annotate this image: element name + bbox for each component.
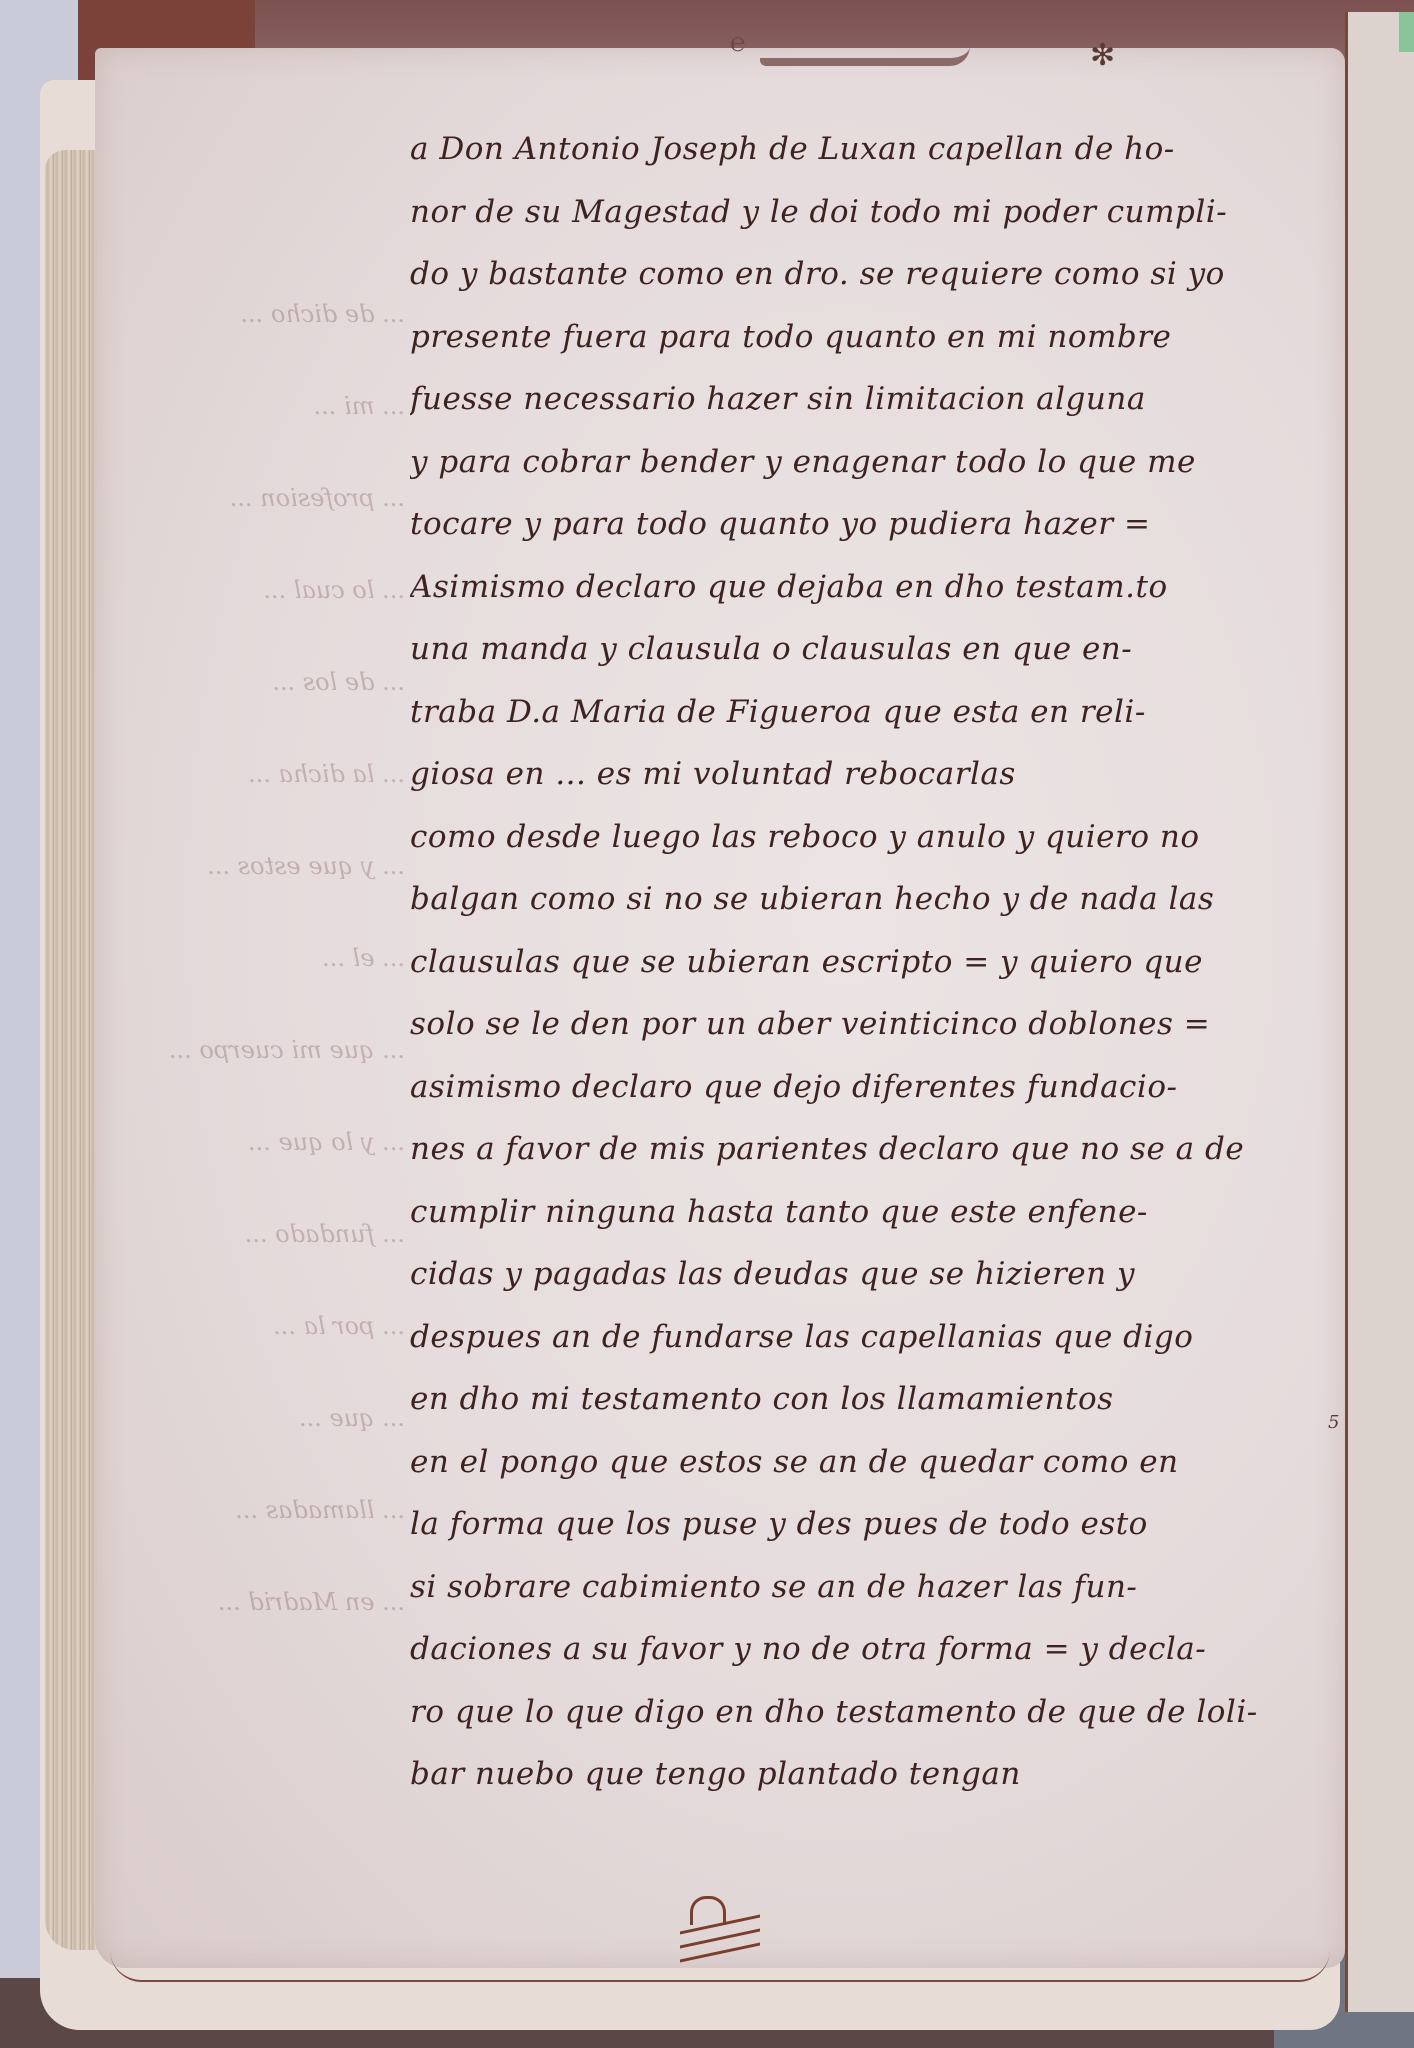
text-line: solo se le den por un aber veinticinco d… [410, 993, 1330, 1056]
bleed-line: ... la dicha ... [115, 760, 405, 852]
text-line: clausulas que se ubieran escripto = y qu… [410, 931, 1330, 994]
margin-page-number: 5 [1328, 1412, 1339, 1433]
text-line: si sobrare cabimiento se an de hazer las… [410, 1556, 1330, 1619]
bleed-line: ... que ... [115, 1404, 405, 1496]
ink-blot: ✻ [1090, 38, 1170, 78]
text-line: como desde luego las reboco y anulo y qu… [410, 806, 1330, 869]
bleed-line: ... que mi cuerpo ... [115, 1036, 405, 1128]
bleed-line: ... de los ... [115, 668, 405, 760]
text-line: despues an de fundarse las capellanias q… [410, 1306, 1330, 1369]
text-line: do y bastante como en dro. se requiere c… [410, 243, 1330, 306]
bleed-line: ... y que estos ... [115, 852, 405, 944]
text-line: giosa en ... es mi voluntad rebocarlas [410, 743, 1330, 806]
text-line: una manda y clausula o clausulas en que … [410, 618, 1330, 681]
bleed-line: ... mi ... [115, 392, 405, 484]
photo-scene: ... de dicho ... ... mi ... ... profesio… [0, 0, 1414, 2048]
text-line: Asimismo declaro que dejaba en dho testa… [410, 556, 1330, 619]
bleed-line: ... en Madrid ... [115, 1588, 405, 1680]
bleed-line: ... fundado ... [115, 1220, 405, 1312]
text-line: fuesse necessario hazer sin limitacion a… [410, 368, 1330, 431]
text-line: en el pongo que estos se an de quedar co… [410, 1431, 1330, 1494]
text-line: cidas y pagadas las deudas que se hizier… [410, 1243, 1330, 1306]
text-line: y para cobrar bender y enagenar todo lo … [410, 431, 1330, 494]
text-line: ro que lo que digo en dho testamento de … [410, 1681, 1330, 1744]
rubric-paraph [680, 1918, 760, 1958]
text-line: presente fuera para todo quanto en mi no… [410, 306, 1330, 369]
folio-mark: ℮ [730, 28, 746, 58]
text-line: la forma que los puse y des pues de todo… [410, 1493, 1330, 1556]
bleed-line: ... de dicho ... [115, 300, 405, 392]
bleed-through-margin: ... de dicho ... ... mi ... ... profesio… [115, 300, 405, 1900]
rubric-loop [690, 1896, 726, 1925]
green-tab [1399, 12, 1414, 52]
text-line: en dho mi testamento con los llamamiento… [410, 1368, 1330, 1431]
bleed-line: ... el ... [115, 944, 405, 1036]
text-line: tocare y para todo quanto yo pudiera haz… [410, 493, 1330, 556]
heading-flourish [760, 44, 970, 66]
text-line: cumplir ninguna hasta tanto que este enf… [410, 1181, 1330, 1244]
text-line: bar nuebo que tengo plantado tengan [410, 1743, 1330, 1806]
facing-page-edge [1345, 12, 1414, 2012]
text-line: nes a favor de mis parientes declaro que… [410, 1118, 1330, 1181]
text-line: nor de su Magestad y le doi todo mi pode… [410, 181, 1330, 244]
bleed-line: ... por la ... [115, 1312, 405, 1404]
bleed-line: ... llamadas ... [115, 1496, 405, 1588]
manuscript-text: a Don Antonio Joseph de Luxan capellan d… [410, 118, 1330, 1806]
text-line: daciones a su favor y no de otra forma =… [410, 1618, 1330, 1681]
bleed-line: ... y lo que ... [115, 1128, 405, 1220]
text-line: traba D.a Maria de Figueroa que esta en … [410, 681, 1330, 744]
text-line: balgan como si no se ubieran hecho y de … [410, 868, 1330, 931]
text-line: asimismo declaro que dejo diferentes fun… [410, 1056, 1330, 1119]
bleed-line: ... lo cual ... [115, 576, 405, 668]
text-line: a Don Antonio Joseph de Luxan capellan d… [410, 118, 1330, 181]
bleed-line: ... profesion ... [115, 484, 405, 576]
